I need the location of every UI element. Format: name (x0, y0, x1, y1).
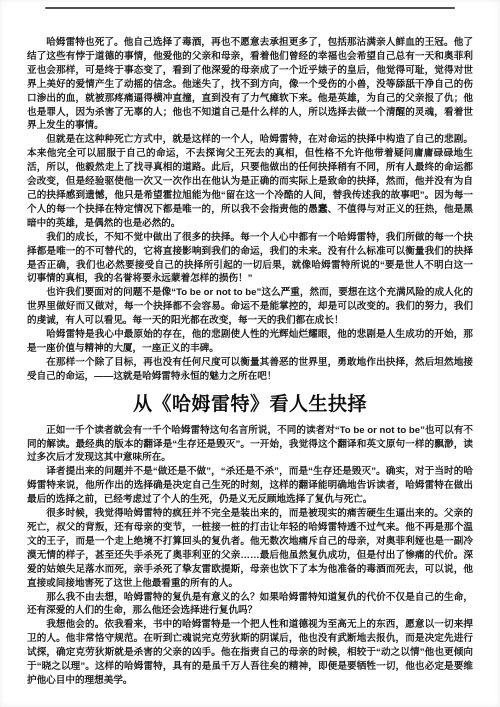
paragraph-hamlet-death: 哈姆雷特也死了。他自己选择了毒酒，再也不愿意去承担更多了，包括那沾满亲人鲜血的王… (27, 36, 473, 133)
essay-body: 哈姆雷特也死了。他自己选择了毒酒，再也不愿意去承担更多了，包括那沾满亲人鲜血的王… (27, 36, 473, 688)
paragraph-tragedy-of-choice: 但就是在这种种死亡方式中，就是这样的一个人，哈姆雷特，在对命运的抉择中构造了自己… (27, 133, 473, 230)
paragraph-to-be-or-not-to-be: 也许我们要面对的问题不是像“To be or not to be”这么严重，然而… (27, 286, 473, 328)
header-rule (45, 7, 455, 9)
paragraph-translation: 译者提出来的问题并不是“做还是不做”，“杀还是不杀”，而是“生存还是毁灭”。确实… (27, 465, 473, 507)
document-page: 哈姆雷特也死了。他自己选择了毒酒，再也不愿意去承担更多了，包括那沾满亲人鲜血的王… (0, 0, 500, 707)
paragraph-madness-and-price: 很多时候，我觉得哈姆雷特的疯狂并不完全是装出来的，而是被现实的痛苦硬生生逼出来的… (27, 507, 473, 590)
paragraph-our-growth: 我们的成长，不知不觉中做出了很多的抉择。每一个人心中都有一个哈姆雷特，我们所做的… (27, 231, 473, 287)
paragraph-eternal-charm: 在那样一个除了目标，再也没有任何尺度可以衡量其善恶的世界里，勇敢地作出抉择，然后… (27, 356, 473, 384)
paragraph-monument: 哈姆雷特是我心中最原始的存在，他的悲剧使人性的光辉灿烂耀眼，他的悲剧是人生成功的… (27, 328, 473, 356)
paragraph-ideal-aesthetics: 我想他会的。依我看来，书中的哈姆雷特是一个把人性和道德视为至高无上的东西，愿意以… (27, 618, 473, 688)
paragraph-revenge-question: 那么我不由去想，哈姆雷特的复仇是有意义的么？如果哈姆雷特知道复仇的代价不仅是自己… (27, 591, 473, 619)
paragraph-thousand-readers: 正如一千个读者就会有一千个哈姆雷特这句名言所说，不同的读者对“To be or … (27, 424, 473, 466)
essay-title: 从《哈姆雷特》看人生抉择 (27, 393, 473, 417)
